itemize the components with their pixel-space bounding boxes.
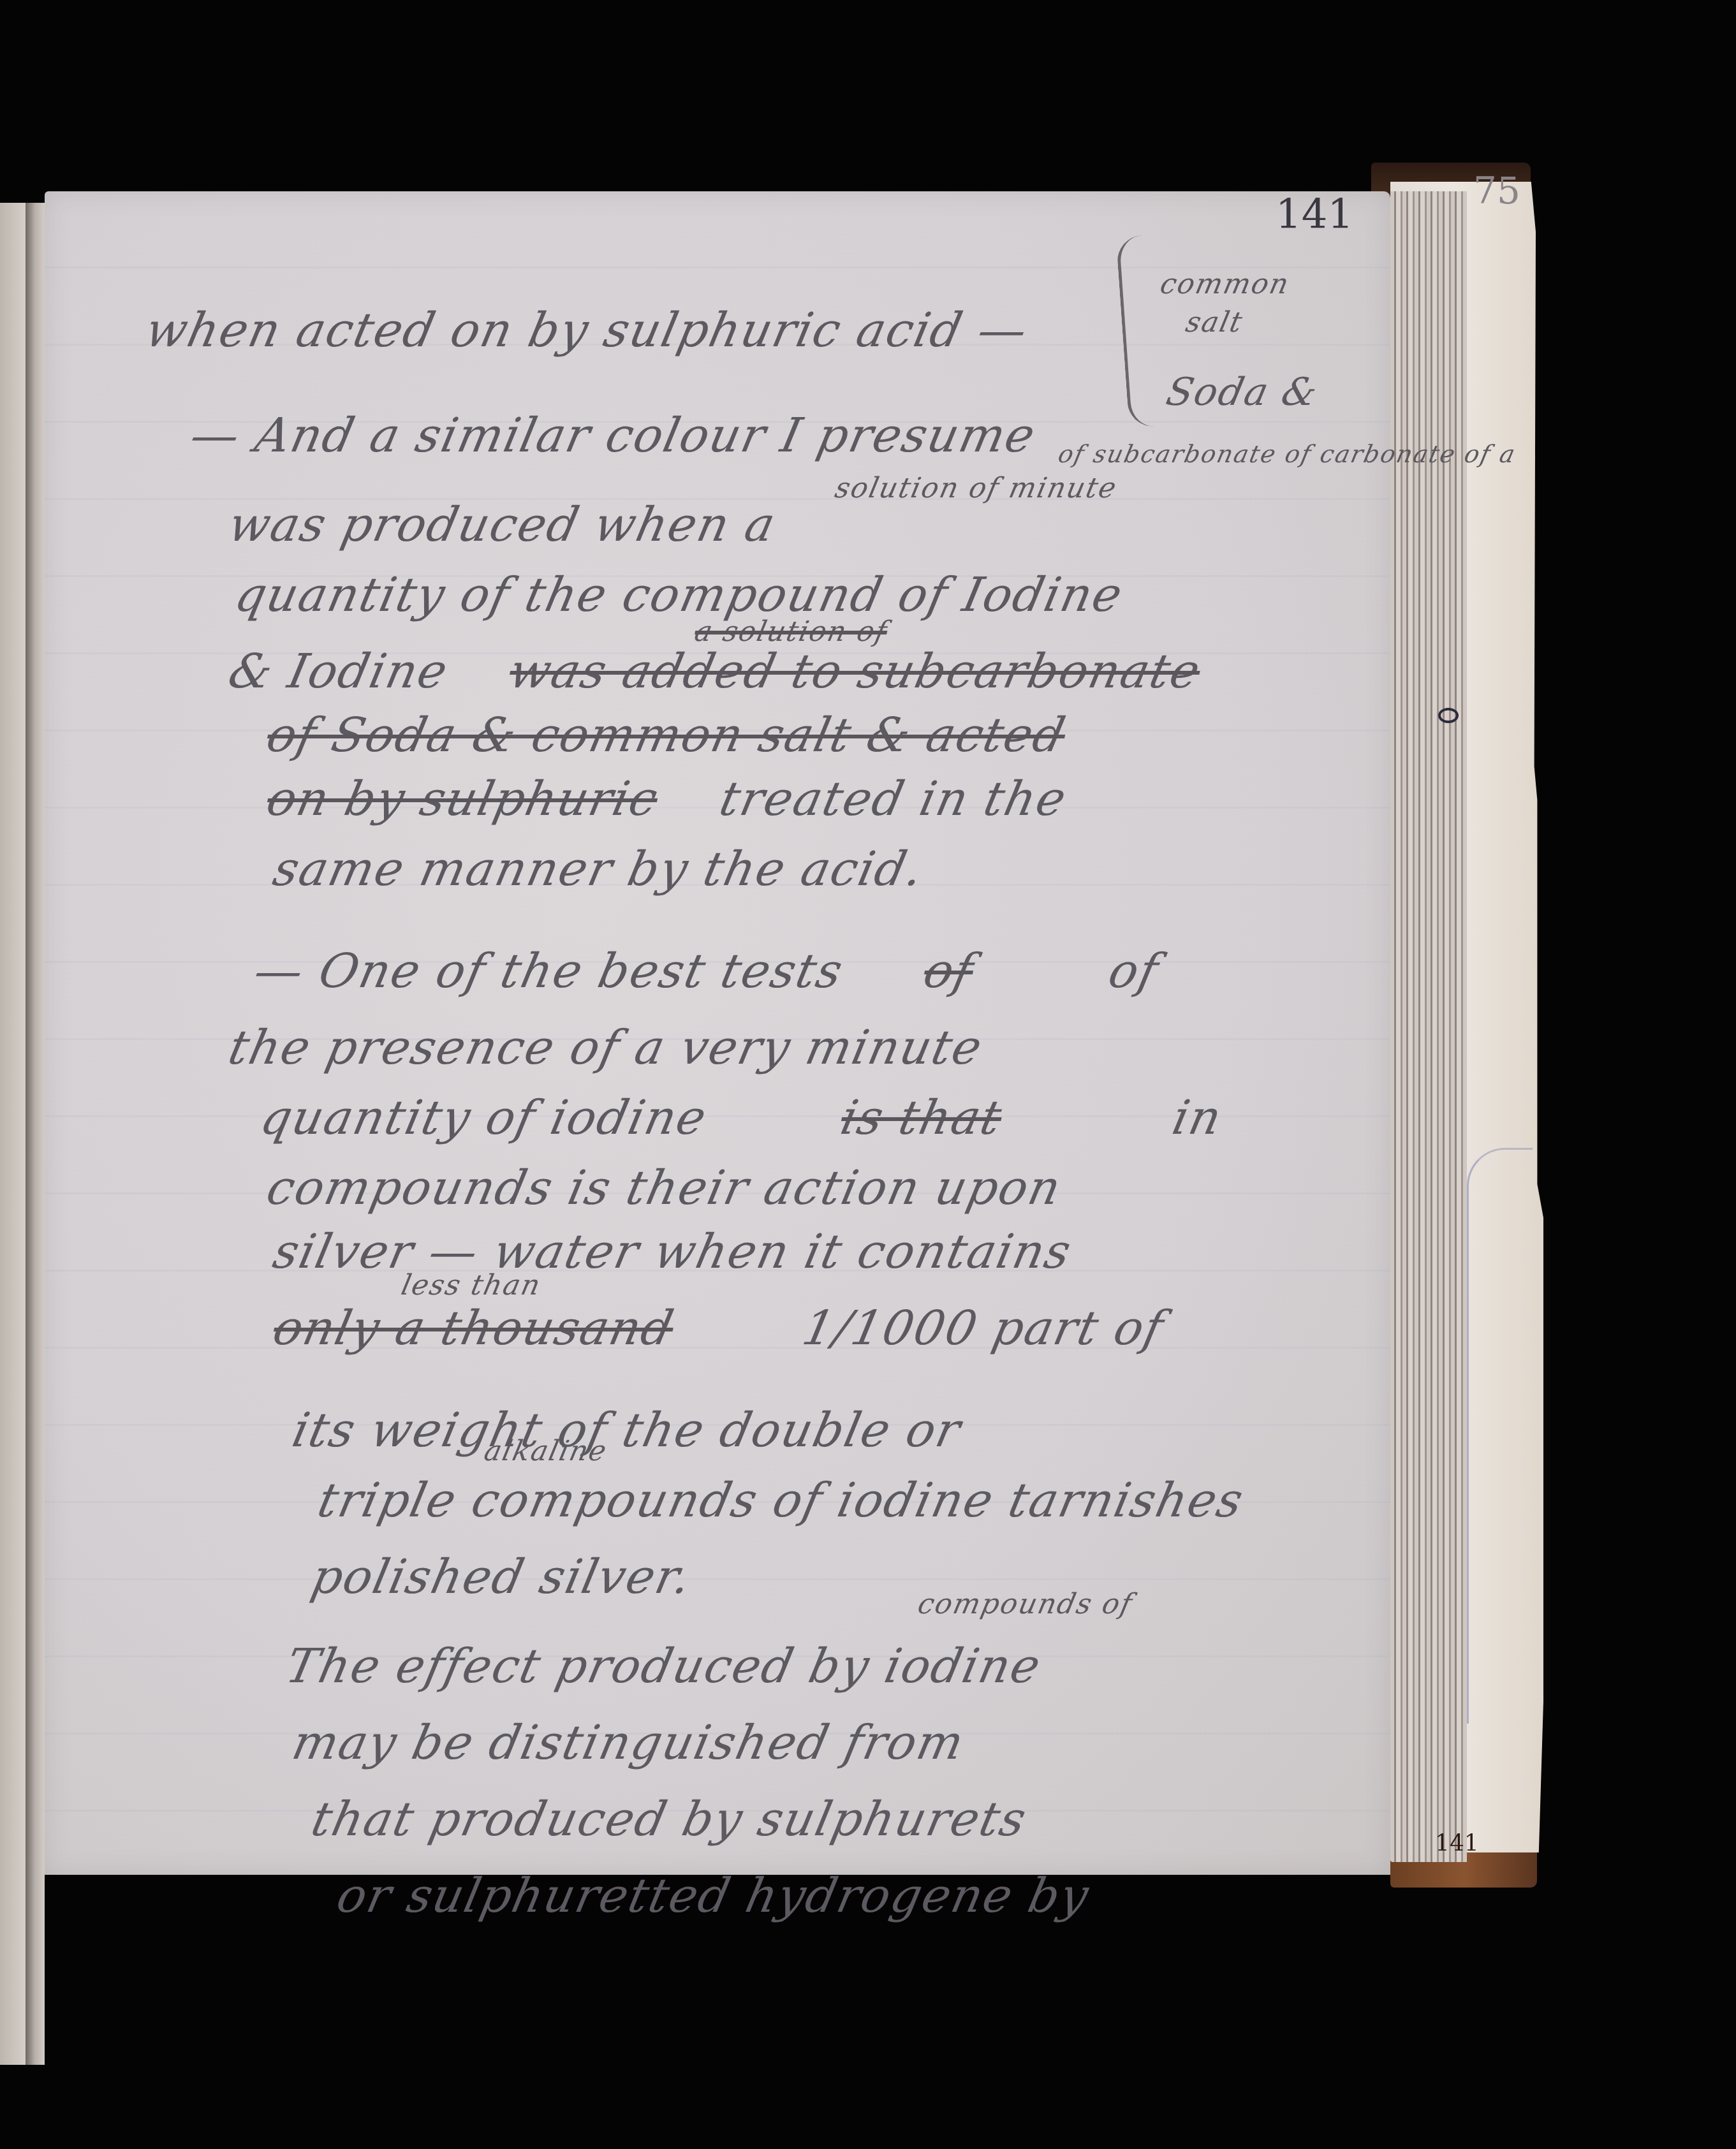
manuscript-line: — And a similar colour I presume <box>186 408 1041 463</box>
struck-interlinear: a solution of <box>692 615 891 648</box>
left-page-edge <box>0 203 27 2065</box>
margin-note-line: Soda & <box>1163 370 1323 414</box>
manuscript-line: quantity of iodine <box>256 1090 712 1145</box>
struck-text: only a thousand <box>268 1301 679 1356</box>
manuscript-line: the presence of a very minute <box>224 1020 988 1075</box>
archive-number: 75 <box>1473 169 1520 212</box>
manuscript-line: & Iodine <box>224 644 453 699</box>
manuscript-line: treated in the <box>715 772 1072 826</box>
interlinear-insertion: less than <box>399 1269 545 1302</box>
manuscript-line: may be distinguished from <box>288 1715 969 1770</box>
manuscript-line: 1/1000 part of <box>798 1301 1169 1356</box>
book-gutter <box>26 203 45 2065</box>
margin-note-line: common <box>1158 268 1293 300</box>
folio-number: 141 <box>1276 191 1353 238</box>
manuscript-line: when acted on by sulphuric acid — <box>141 303 1033 358</box>
struck-text: is that <box>836 1090 1008 1145</box>
margin-note-line: salt <box>1183 306 1246 339</box>
manuscript-line: or sulphuretted hydrogene by <box>332 1868 1094 1923</box>
manuscript-line: was produced when a <box>224 497 781 552</box>
ink-mark <box>1438 708 1459 723</box>
manuscript-line: quantity of the compound of Iodine <box>230 568 1128 622</box>
manuscript-line: — One of the best tests <box>249 944 848 999</box>
manuscript-line: compounds is their action upon <box>262 1161 1066 1215</box>
manuscript-line: silver — water when it contains <box>268 1224 1077 1279</box>
interlinear-insertion: of subcarbonate of carbonate of a <box>1056 440 1519 468</box>
manuscript-line: same manner by the acid. <box>268 842 929 897</box>
manuscript-line: The effect produced by iodine <box>281 1639 1047 1694</box>
manuscript-line: that produced by sulphurets <box>307 1792 1032 1847</box>
interlinear-insertion: compounds of <box>915 1588 1136 1620</box>
struck-text: of Soda & common salt & acted <box>262 708 1071 763</box>
pencil-sketch <box>1467 1148 1533 1724</box>
interlinear-insertion: solution of minute <box>832 472 1121 504</box>
struck-text: was added to subcarbonate <box>504 644 1206 699</box>
manuscript-line: polished silver. <box>307 1550 697 1604</box>
struck-text: on by sulphuric <box>262 772 663 826</box>
manuscript-line: its weight of the double or <box>288 1403 966 1458</box>
manuscript-line: triple compounds of iodine tarnishes <box>313 1473 1249 1528</box>
bottom-edge-number: 141 <box>1435 1830 1479 1856</box>
interlinear-insertion: alkaline <box>482 1435 611 1467</box>
